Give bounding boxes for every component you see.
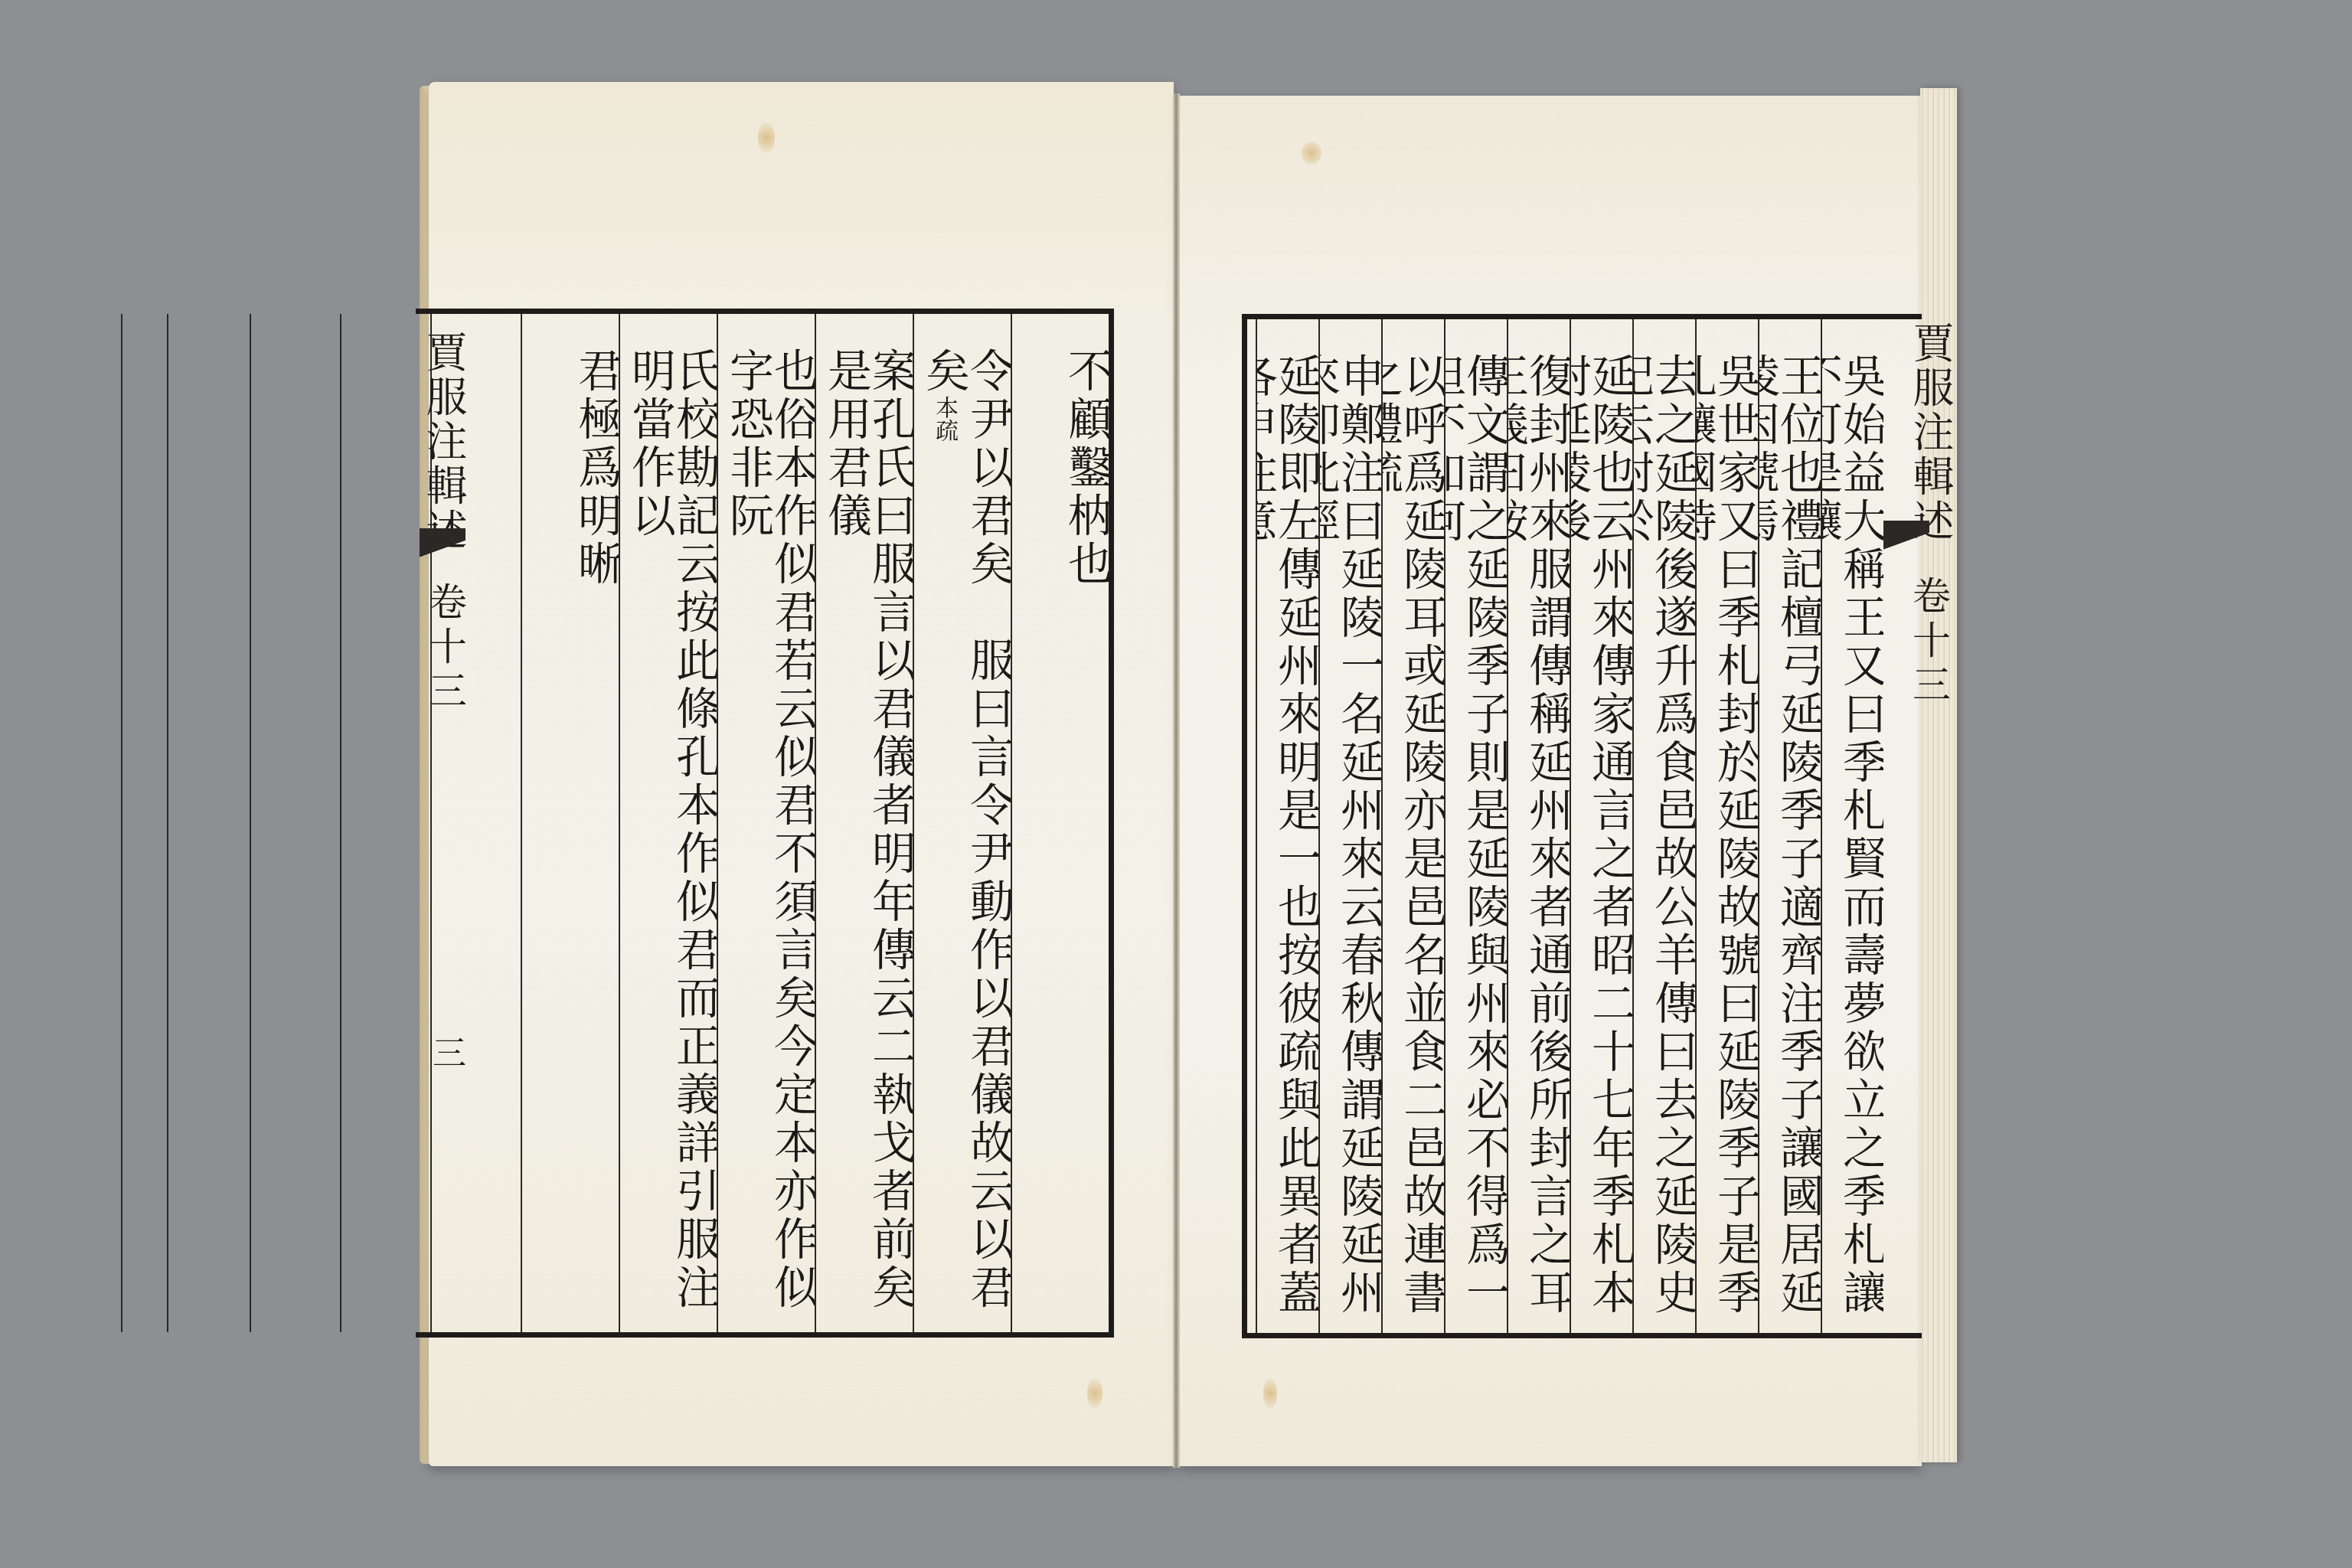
text-column: 氏校勘記云按此條孔本作似君而正義詳引服注明當作以 [619,314,717,1332]
text-column: 吳始益大稱王又曰季札賢而壽夢欲立之季札讓不可是讓 [1821,319,1883,1333]
text-column: 以呼爲延陵耳或延陵亦是邑名並食二邑故連書之禮疏 [1381,319,1444,1333]
text-column: 也俗本作似君若云似君不須言矣今定本亦作似字恐非阮 [717,314,815,1332]
text-column: 申鄭注曰延陵一名延州來云春秋傳謂延陵延州來即此經 [1318,319,1381,1333]
foxing-stain [1087,1378,1102,1409]
text-column: 案孔氏曰服言以君儀者明年傳云二執戈者前矣是用君儀 [815,314,913,1332]
empty-column [340,314,430,1332]
text-column: 延陵也云州來傳家通言之者昭二十七年季札本封延陵後 [1570,319,1632,1333]
foxing-stain [1302,142,1321,165]
foxing-stain [1263,1378,1277,1409]
foxing-stain [758,122,775,153]
left-banxin-volume: 卷十三 [426,582,464,715]
text-column: 吳世家又曰季札封於延陵故號曰延陵季子是季札讓國時 [1695,319,1758,1333]
empty-column [167,314,250,1332]
fishtail-mark [420,528,465,563]
text-column: 傳文謂之延陵季子則是延陵與州來必不得爲一但不知何 [1444,319,1507,1333]
empty-column [250,314,340,1332]
text-column: 王位也禮記檀弓延陵季子適齊注季子讓國居延陵因號焉 [1758,319,1821,1333]
fishtail-mark [1883,521,1929,556]
text-column: 延陵即左傳延州來明是一也按彼疏與此異者蓋各申注意 [1256,319,1318,1333]
text-column: 復封州來服謂傳稱延州來者通前後所封言之耳正義曰按 [1507,319,1570,1333]
text-column: 君極爲明晰 [521,314,619,1332]
right-page-text-frame: 吳始益大稱王又曰季札賢而壽夢欲立之季札讓不可是讓 王位也禮記檀弓延陵季子適齊注季… [1242,314,1922,1338]
text-column: 不顧鑿枘也 [1011,314,1109,1332]
banxin-column [121,314,167,1332]
interlinear-note: 本疏 [933,396,955,442]
right-page-stack [1920,88,1957,1462]
left-banxin-title: 賈服注輯述 [423,331,464,553]
text-column: 令尹以君矣 服曰言令尹動作以君儀故云以君矣本疏 [913,314,1011,1332]
right-banxin-title: 賈服注輯述 [1909,322,1951,544]
left-page-text-frame: 不顧鑿枘也 令尹以君矣 服曰言令尹動作以君儀故云以君矣本疏 案孔氏曰服言以君儀者… [416,309,1114,1338]
book-gutter [1173,93,1180,1468]
left-folio-number: 三 [429,1035,462,1069]
right-banxin-volume: 卷十三 [1909,576,1948,709]
text-column: 去之延陵後遂升爲食邑故公羊傳曰去之延陵史記云封於 [1632,319,1695,1333]
